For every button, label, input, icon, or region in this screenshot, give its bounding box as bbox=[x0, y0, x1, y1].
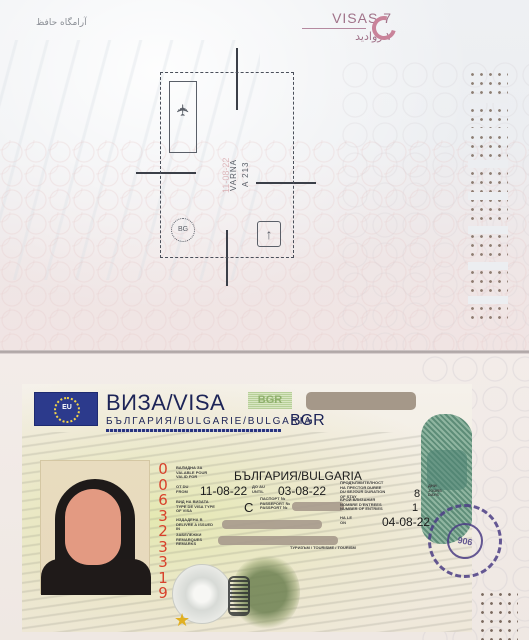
lion-emblem-icon bbox=[228, 576, 250, 616]
type-value: C bbox=[244, 500, 253, 515]
stamp-plane-box: ✈ bbox=[169, 81, 197, 153]
exit-stamp: 906 bbox=[428, 504, 502, 578]
visa-country-code: BGR bbox=[290, 412, 325, 430]
perforation-gap bbox=[468, 95, 508, 103]
visa-country-line: БЪЛГАРИЯ/BULGARIE/BULGARIA bbox=[106, 416, 313, 427]
perforation-gap bbox=[468, 226, 508, 234]
surname-redaction bbox=[218, 536, 338, 545]
holder-photo bbox=[40, 460, 150, 594]
perforation-gap bbox=[468, 262, 508, 270]
passport-page-visa-sticker: EU ВИЗА/VISA БЪЛГАРИЯ/BULGARIE/BULGARIA … bbox=[0, 354, 529, 640]
arrow-up-icon: ↑ bbox=[257, 221, 281, 247]
issued-in-redaction bbox=[222, 520, 322, 529]
passport-page-visas: آرامگاه حافظ VISAS 7 ۷ روادید ✈ 11-08-22… bbox=[0, 0, 529, 352]
remarks-label: ЗАБЕЛЕЖКИ REMARQUES REMARKS bbox=[176, 533, 216, 547]
type-label: ВИД НА ВИЗАТА TYPE DE VISA TYPE OF VISA bbox=[176, 500, 216, 514]
entries-label: БРОЙ ВЛИЗАНИЯ NOMBRE D'ENTREES NUMBER OF… bbox=[340, 498, 388, 512]
passport-number-label: ПАСПОРТ № PASSEPORT № PASSPORT № bbox=[260, 497, 290, 511]
from-label: ОТ DU FROM bbox=[176, 485, 192, 494]
valid-for-label: ВАЛИДНА ЗА VALABLE POUR VALID FOR bbox=[176, 466, 216, 480]
star-icon: ★ bbox=[174, 610, 190, 631]
stamp-place: VARNA bbox=[229, 159, 238, 191]
issued-in-label: ИЗДАДЕНА В DELIVRE A ISSUED IN bbox=[176, 518, 216, 532]
visa-sticker: EU ВИЗА/VISA БЪЛГАРИЯ/BULGARIE/BULGARIA … bbox=[22, 384, 472, 632]
entry-stamp: ✈ 11-08-22 VARNA A 213 BG ↑ bbox=[160, 72, 294, 258]
stamp-code: A 213 bbox=[241, 162, 250, 187]
passport-photo: آرامگاه حافظ VISAS 7 ۷ روادید ✈ 11-08-22… bbox=[0, 0, 529, 640]
passport-number-redaction bbox=[292, 502, 344, 511]
header-rule bbox=[302, 28, 366, 29]
visa-title: ВИЗА/VISA bbox=[106, 390, 225, 416]
perforation-gap bbox=[468, 160, 508, 168]
date-label: НА LE ON bbox=[340, 516, 352, 525]
until-value: 03-08-22 bbox=[278, 484, 326, 498]
perforation-gap bbox=[468, 128, 508, 136]
until-label: ДО AU UNTIL bbox=[252, 485, 266, 494]
photo-face-redacted bbox=[65, 489, 121, 565]
remarks-value: ТУРИЗЪМ / TOURISME / TOURISM bbox=[290, 546, 380, 551]
exit-stamp-number: 906 bbox=[444, 520, 486, 562]
page-caption: آرامگاه حافظ bbox=[36, 18, 87, 28]
date-of-issue-value: 04-08-22 bbox=[382, 515, 430, 529]
days-label: ДНИ JOURS DAYS bbox=[428, 484, 444, 498]
serial-digit: 9 bbox=[155, 586, 171, 602]
duration-value: 8 bbox=[414, 488, 420, 500]
eu-label: EU bbox=[35, 404, 99, 411]
perforated-passport-number bbox=[478, 590, 518, 640]
microprint-line bbox=[106, 429, 281, 432]
perforation-gap bbox=[468, 192, 508, 200]
perforation-gap bbox=[468, 296, 508, 304]
name-redaction bbox=[306, 392, 416, 410]
entries-value: 1 bbox=[412, 502, 418, 514]
bgr-hologram: BGR bbox=[248, 392, 292, 409]
stamp-country-mark: BG bbox=[171, 218, 195, 242]
eu-flag-icon: EU bbox=[34, 392, 98, 426]
airplane-icon: ✈ bbox=[174, 103, 194, 116]
from-value: 11-08-22 bbox=[200, 484, 247, 498]
visa-serial-number: 006323319 bbox=[155, 462, 171, 602]
